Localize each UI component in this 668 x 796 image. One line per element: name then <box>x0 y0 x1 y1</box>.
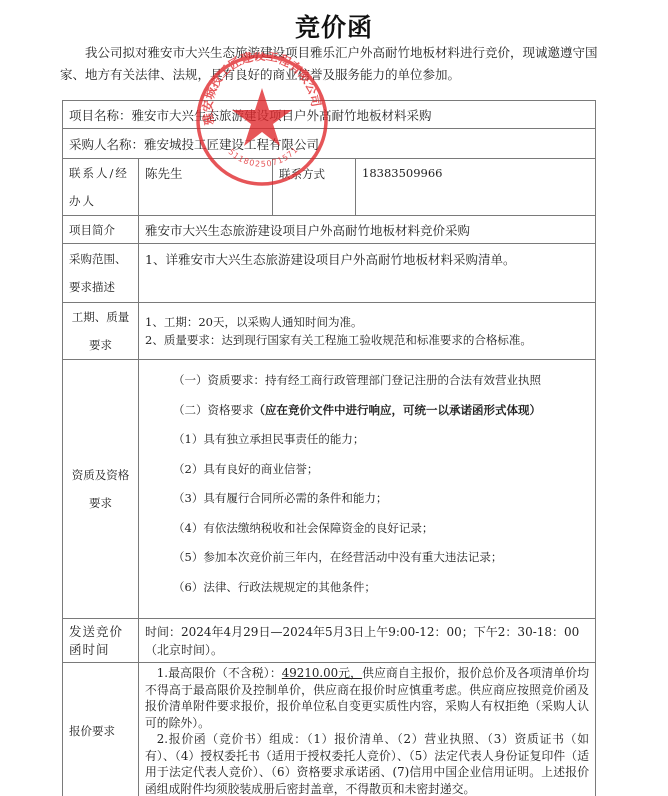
qualification-value: （一）资质要求：持有经工商行政管理部门登记注册的合法有效营业执照 （二）资格要求… <box>139 360 596 619</box>
qual-item-4: （2）具有良好的商业信誉； <box>145 455 589 485</box>
page-title: 竞价函 <box>0 8 668 44</box>
qual-item-7: （5）参加本次竞价前三年内，在经营活动中没有重大违法记录； <box>145 543 589 573</box>
contact-label: 联系人/经办人 <box>63 159 139 216</box>
intro-paragraph: 我公司拟对雅安市大兴生态旅游建设项目雅乐汇户外高耐竹地板材料进行竞价，现诚邀遵守… <box>60 42 605 86</box>
qual-item-3: （1）具有独立承担民事责任的能力； <box>145 425 589 455</box>
row-project-intro: 项目简介 雅安市大兴生态旅游建设项目户外高耐竹地板材料竞价采购 <box>63 216 596 244</box>
scope-label: 采购范围、 要求描述 <box>63 244 139 303</box>
price-cap-label: 1.最高限价（不含税）： <box>157 666 282 680</box>
price-paragraph-2: 2.报价函（竞价书）组成：（1）报价清单、（2）营业执照、（3）资质证书（如有）… <box>145 731 589 796</box>
phone-value: 18383509966 <box>356 159 596 216</box>
qual-item-1: （一）资质要求：持有经工商行政管理部门登记注册的合法有效营业执照 <box>145 366 589 396</box>
send-time-value: 时间：2024年4月29日—2024年5月3日上午9:00-12：00；下午2：… <box>139 619 596 663</box>
project-name-cell: 项目名称：雅安市大兴生态旅游建设项目户外高耐竹地板材料采购 <box>63 101 596 129</box>
period-label-line-1: 工期、质量 <box>69 303 132 331</box>
bid-info-table: 项目名称：雅安市大兴生态旅游建设项目户外高耐竹地板材料采购 采购人名称：雅安城投… <box>62 100 596 796</box>
row-price-requirements: 报价要求 1.最高限价（不含税）：49210.00元，供应商自主报价，报价总价及… <box>63 663 596 796</box>
qual-item-6: （4）有依法缴纳税收和社会保障资金的良好记录； <box>145 514 589 544</box>
send-time-label: 发送竞价函时间 <box>63 619 139 663</box>
period-line-2: 2、质量要求：达到现行国家有关工程施工验收规范和标准要求的合格标准。 <box>145 331 589 349</box>
price-value: 1.最高限价（不含税）：49210.00元，供应商自主报价，报价总价及各项清单价… <box>139 663 596 796</box>
price-label: 报价要求 <box>63 663 139 796</box>
period-label-line-2: 要求 <box>69 331 132 359</box>
qualification-label-line-1: 资质及资格 <box>69 461 132 489</box>
row-contact: 联系人/经办人 陈先生 联系方式 18383509966 <box>63 159 596 216</box>
qual-item-5: （3）具有履行合同所必需的条件和能力； <box>145 484 589 514</box>
row-qualification: 资质及资格 要求 （一）资质要求：持有经工商行政管理部门登记注册的合法有效营业执… <box>63 360 596 619</box>
intro-value: 雅安市大兴生态旅游建设项目户外高耐竹地板材料竞价采购 <box>139 216 596 244</box>
qualification-label-line-2: 要求 <box>69 489 132 517</box>
row-scope: 采购范围、 要求描述 1、详雅安市大兴生态旅游建设项目户外高耐竹地板材料采购清单… <box>63 244 596 303</box>
scope-label-line-2: 要求描述 <box>69 273 132 301</box>
row-project-name: 项目名称：雅安市大兴生态旅游建设项目户外高耐竹地板材料采购 <box>63 101 596 129</box>
period-value: 1、工期：20天，以采购人通知时间为准。 2、质量要求：达到现行国家有关工程施工… <box>139 303 596 360</box>
scope-value: 1、详雅安市大兴生态旅游建设项目户外高耐竹地板材料采购清单。 <box>139 244 596 303</box>
phone-label: 联系方式 <box>273 159 356 216</box>
purchaser-cell: 采购人名称：雅安城投工匠建设工程有限公司 <box>63 129 596 159</box>
contact-value: 陈先生 <box>139 159 273 216</box>
period-line-1: 1、工期：20天，以采购人通知时间为准。 <box>145 313 589 331</box>
price-cap-amount: 49210.00元， <box>282 666 362 680</box>
qual-item-2-note: （应在竞价文件中进行响应，可统一以承诺函形式体现） <box>254 403 542 417</box>
row-period-quality: 工期、质量 要求 1、工期：20天，以采购人通知时间为准。 2、质量要求：达到现… <box>63 303 596 360</box>
row-send-time: 发送竞价函时间 时间：2024年4月29日—2024年5月3日上午9:00-12… <box>63 619 596 663</box>
qualification-label: 资质及资格 要求 <box>63 360 139 619</box>
qual-item-8: （6）法律、行政法规规定的其他条件； <box>145 573 589 603</box>
qual-item-2-head: （二）资格要求 <box>173 403 254 417</box>
row-purchaser: 采购人名称：雅安城投工匠建设工程有限公司 <box>63 129 596 159</box>
price-paragraph-1: 1.最高限价（不含税）：49210.00元，供应商自主报价，报价总价及各项清单价… <box>145 665 589 731</box>
scope-label-line-1: 采购范围、 <box>69 245 132 273</box>
period-label: 工期、质量 要求 <box>63 303 139 360</box>
qual-item-2: （二）资格要求（应在竞价文件中进行响应，可统一以承诺函形式体现） <box>145 396 589 426</box>
intro-label: 项目简介 <box>63 216 139 244</box>
